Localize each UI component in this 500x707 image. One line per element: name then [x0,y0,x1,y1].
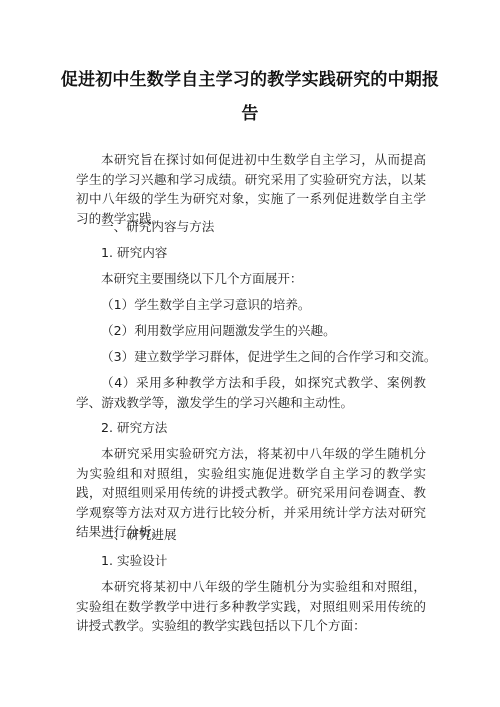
list-item-1: （1）学生数学自主学习意识的培养。 [101,295,311,315]
section-heading-2: 二、研究进展 [101,525,177,545]
section-heading-1: 一、研究内容与方法 [101,217,214,237]
design-paragraph: 本研究将某初中八年级的学生随机分为实验组和对照组，实验组在数学教学中进行多种教学… [76,577,426,636]
document-title-line-2: 告 [60,103,440,125]
subsection-heading-experiment-design: 1. 实验设计 [101,551,167,571]
document-page: 促进初中生数学自主学习的教学实践研究的中期报 告 本研究旨在探讨如何促进初中生数… [0,0,500,707]
subsection-heading-research-method: 2. 研究方法 [101,418,167,438]
content-intro-paragraph: 本研究主要围绕以下几个方面展开： [101,269,303,289]
list-item-4: （4）采用多种教学方法和手段，如探究式教学、案例教学、游戏教学等，激发学生的学习… [76,373,426,412]
subsection-heading-research-content: 1. 研究内容 [101,243,167,263]
document-title-line-1: 促进初中生数学自主学习的教学实践研究的中期报 [60,69,440,91]
list-item-3: （3）建立数学学习群体，促进学生之间的合作学习和交流。 [101,347,436,367]
list-item-2: （2）利用数学应用问题激发学生的兴趣。 [101,321,336,341]
